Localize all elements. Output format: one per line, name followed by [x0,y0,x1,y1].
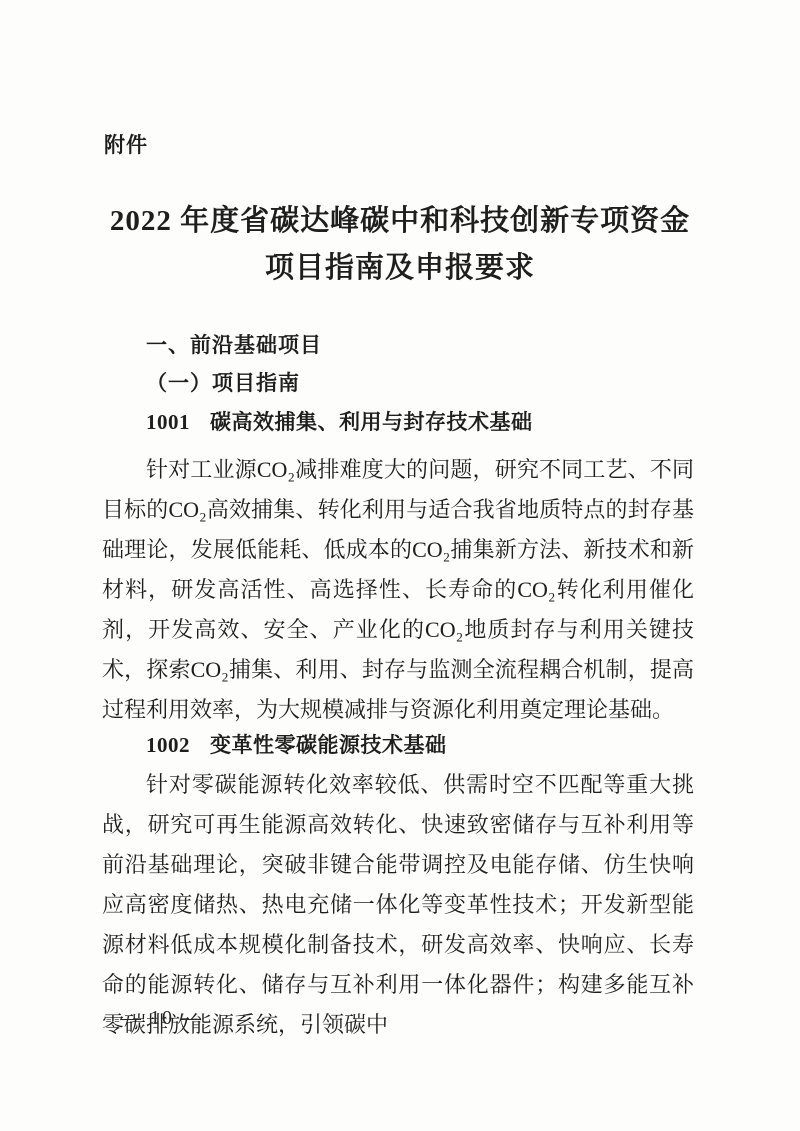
subsection-heading-project-guide: （一）项目指南 [102,371,694,397]
item-code-1001: 1001 [146,409,190,435]
document-body: 一、前沿基础项目 （一）项目指南 1001碳高效捕集、利用与封存技术基础 针对工… [102,333,694,1045]
section-heading-frontier-basic-projects: 一、前沿基础项目 [102,333,694,359]
item-heading-1001: 1001碳高效捕集、利用与封存技术基础 [102,409,694,435]
document-title-line2: 项目指南及申报要求 [0,245,800,292]
item-1002-paragraph: 针对零碳能源转化效率较低、供需时空不匹配等重大挑战，研究可再生能源高效转化、快速… [102,765,694,1045]
item-code-1002: 1002 [146,732,190,758]
item-title-1002: 变革性零碳能源技术基础 [210,733,447,757]
item-title-1001: 碳高效捕集、利用与封存技术基础 [210,410,533,434]
page-number: — 10 — [121,1006,203,1030]
item-heading-1002: 1002变革性零碳能源技术基础 [102,732,694,758]
item-1001-paragraph: 针对工业源CO₂减排难度大的问题，研究不同工艺、不同目标的CO₂高效捕集、转化利… [102,450,694,730]
document-title-line1: 2022 年度省碳达峰碳中和科技创新专项资金 [0,198,800,245]
document-page: 附件 2022 年度省碳达峰碳中和科技创新专项资金 项目指南及申报要求 一、前沿… [0,0,800,1131]
document-title: 2022 年度省碳达峰碳中和科技创新专项资金 项目指南及申报要求 [0,198,800,292]
attachment-label: 附件 [104,134,800,158]
